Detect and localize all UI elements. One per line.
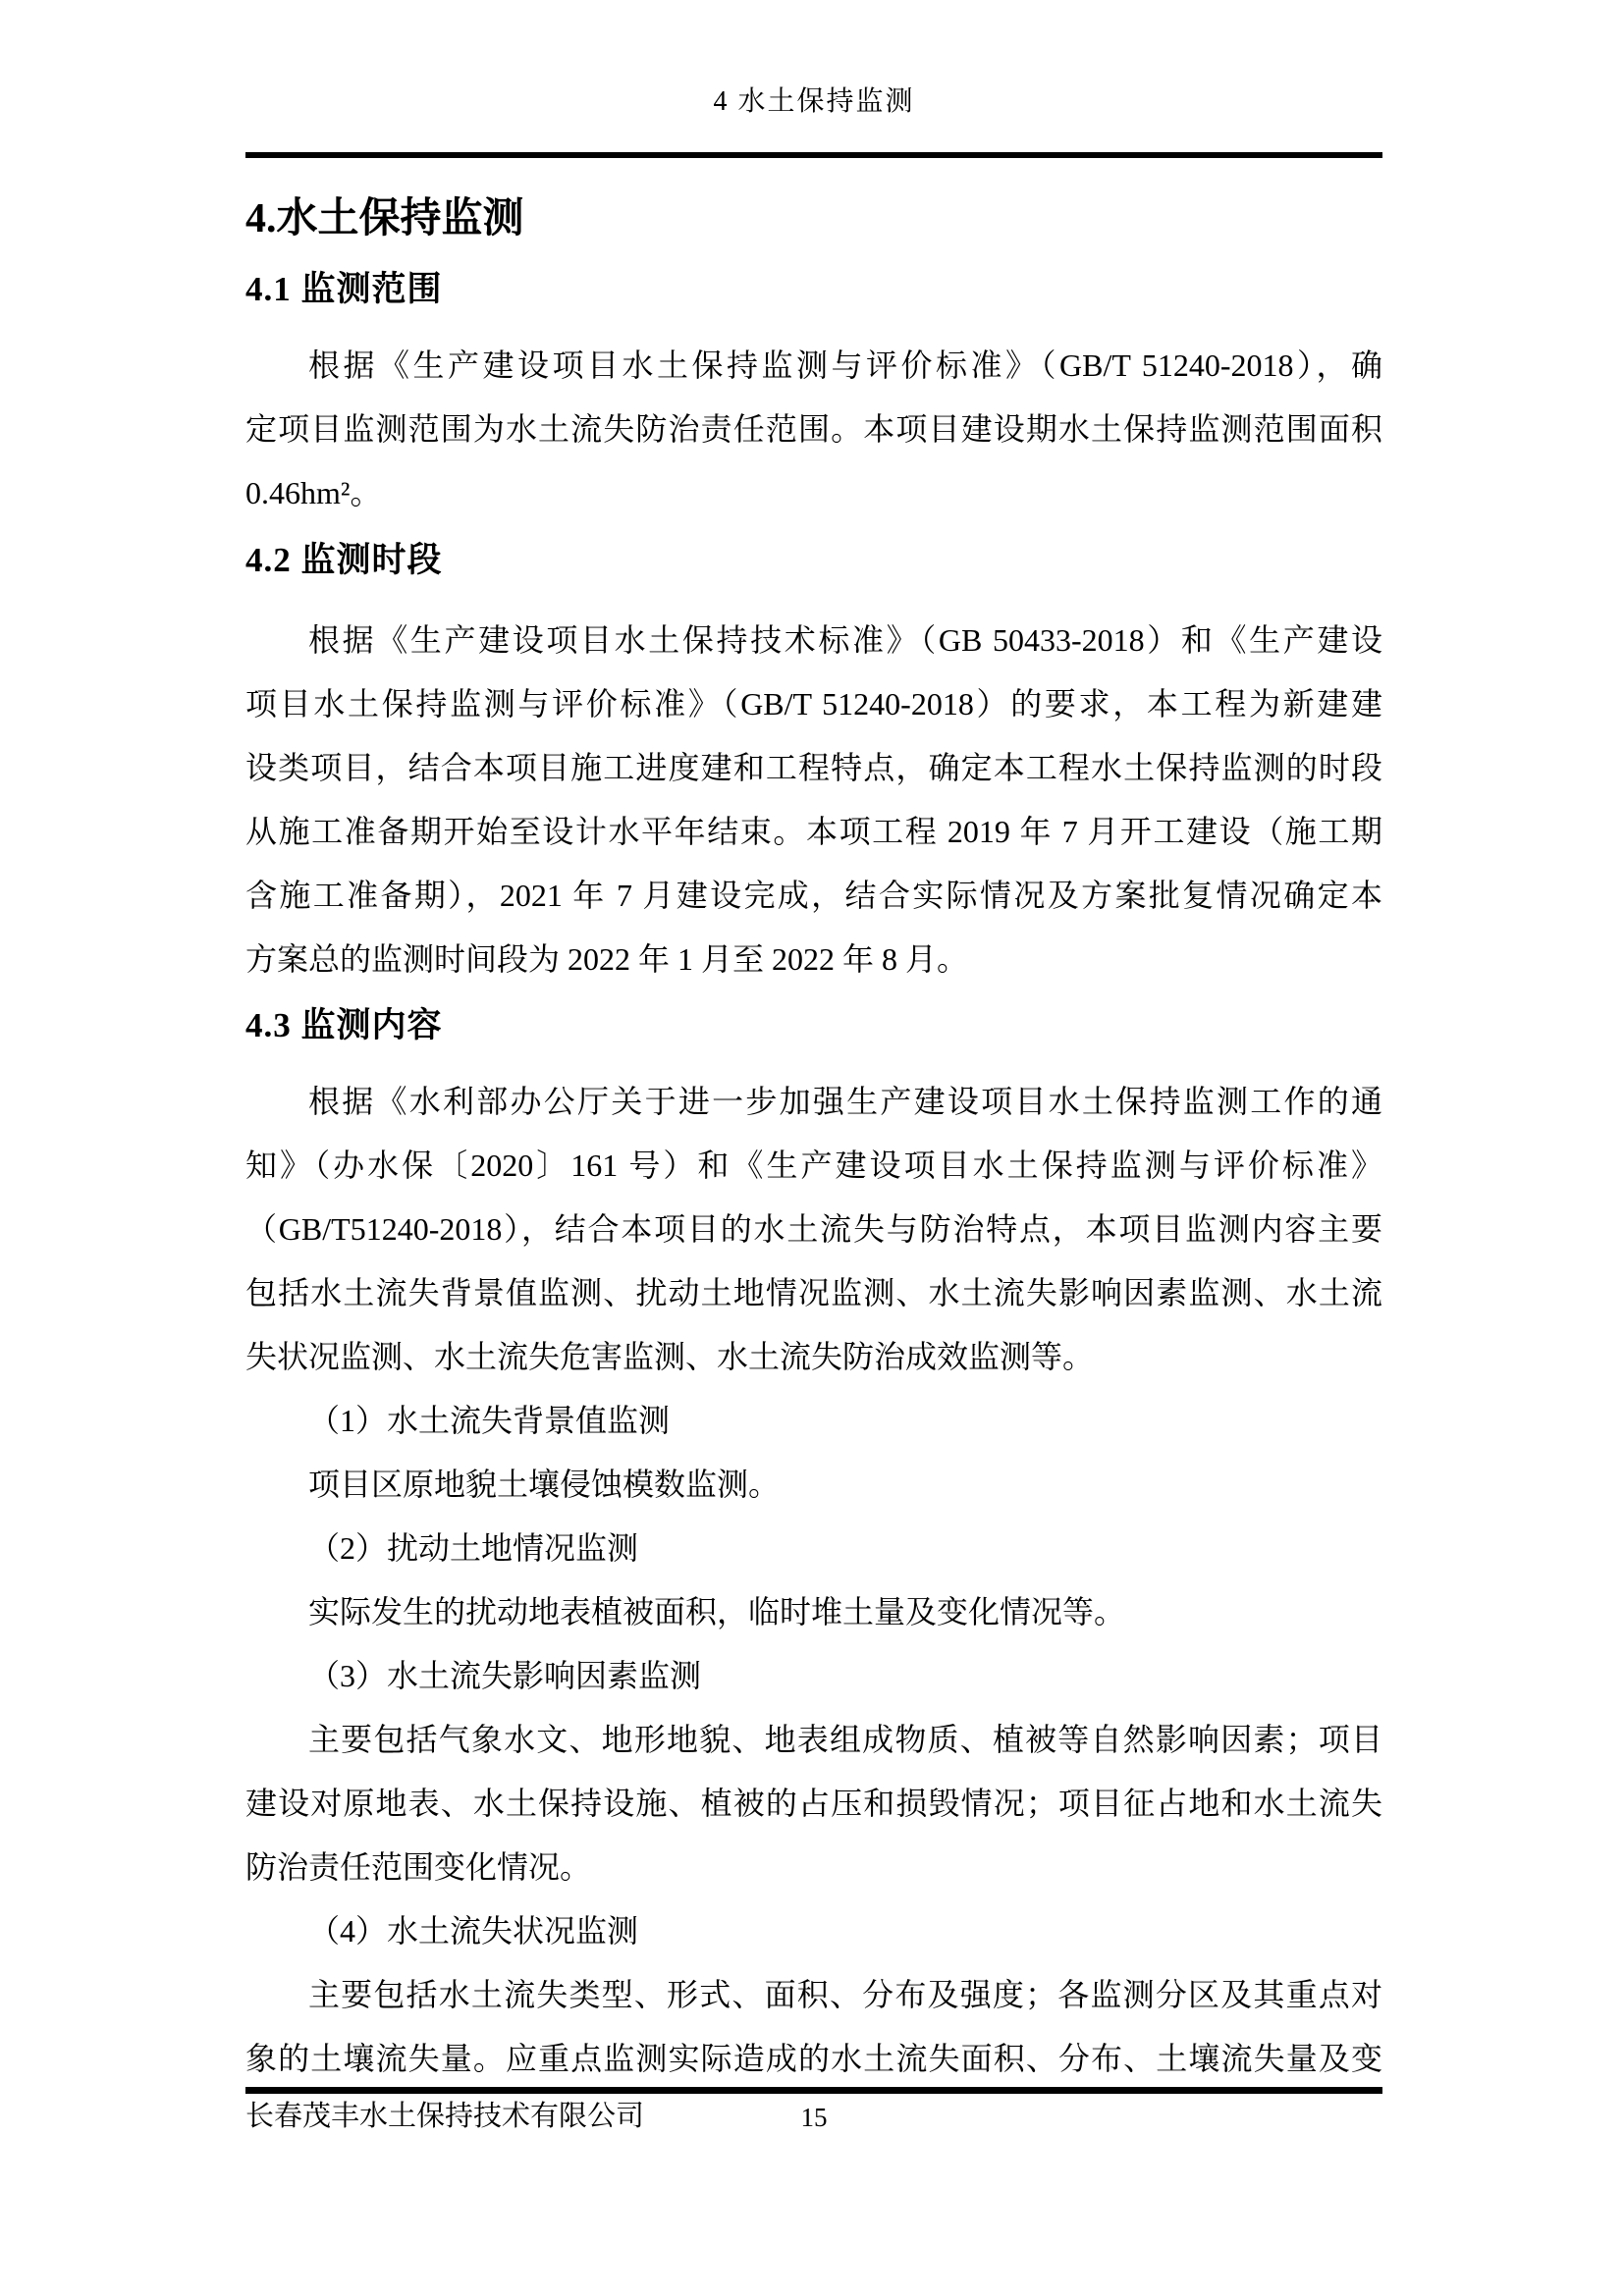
paragraph: 根据《生产建设项目水土保持监测与评价标准》（GB/T 51240-2018），确…	[245, 334, 1382, 525]
section-heading-4-3: 4.3 监测内容	[245, 1005, 1382, 1046]
paragraph-line: （GB/T51240-2018），结合本项目的水土流失与防治特点，本项目监测内容…	[245, 1198, 1382, 1261]
paragraph-line: 实际发生的扰动地表植被面积，临时堆土量及变化情况等。	[245, 1580, 1382, 1644]
paragraph-line: 建设对原地表、水土保持设施、植被的占压和损毁情况；项目征占地和水土流失	[245, 1772, 1382, 1836]
chapter-title: 4.水土保持监测	[245, 193, 1382, 244]
paragraph-line: 定项目监测范围为水土流失防治责任范围。本项目建设期水土保持监测范围面积	[245, 398, 1382, 461]
paragraph-line: 失状况监测、水土流失危害监测、水土流失防治成效监测等。	[245, 1325, 1382, 1389]
paragraph-line: 包括水土流失背景值监测、扰动土地情况监测、水土流失影响因素监测、水土流	[245, 1261, 1382, 1325]
paragraph-line: 0.46hm²。	[245, 461, 1382, 525]
paragraph: 根据《生产建设项目水土保持技术标准》（GB 50433-2018）和《生产建设 …	[245, 609, 1382, 991]
list-item: （1）水土流失背景值监测	[245, 1389, 1382, 1453]
paragraph-line: 方案总的监测时间段为 2022 年 1 月至 2022 年 8 月。	[245, 928, 1382, 991]
footer-rule	[245, 2087, 1382, 2094]
paragraph: 主要包括气象水文、地形地貌、地表组成物质、植被等自然影响因素；项目 建设对原地表…	[245, 1708, 1382, 1899]
running-header: 4 水土保持监测	[245, 82, 1382, 122]
paragraph-line: 含施工准备期），2021 年 7 月建设完成，结合实际情况及方案批复情况确定本	[245, 864, 1382, 928]
list-item-line: （4）水土流失状况监测	[245, 1899, 1382, 1963]
list-item: （3）水土流失影响因素监测	[245, 1644, 1382, 1708]
section-heading-4-1: 4.1 监测范围	[245, 269, 1382, 310]
paragraph-line: 设类项目，结合本项目施工进度建和工程特点，确定本工程水土保持监测的时段	[245, 736, 1382, 800]
paragraph: 项目区原地貌土壤侵蚀模数监测。	[245, 1453, 1382, 1517]
paragraph-line: 知》（办水保〔2020〕161 号）和《生产建设项目水土保持监测与评价标准》	[245, 1134, 1382, 1198]
running-header-title: 4 水土保持监测	[713, 86, 914, 117]
list-item-line: （3）水土流失影响因素监测	[245, 1644, 1382, 1708]
running-footer: 长春茂丰水土保持技术有限公司 15	[245, 2097, 1382, 2138]
paragraph-line: 防治责任范围变化情况。	[245, 1836, 1382, 1899]
paragraph: 实际发生的扰动地表植被面积，临时堆土量及变化情况等。	[245, 1580, 1382, 1644]
list-item: （2）扰动土地情况监测	[245, 1517, 1382, 1580]
paragraph-line: 主要包括气象水文、地形地貌、地表组成物质、植被等自然影响因素；项目	[245, 1708, 1382, 1772]
paragraph-line: 主要包括水土流失类型、形式、面积、分布及强度；各监测分区及其重点对	[245, 1963, 1382, 2027]
page-content: 4.水土保持监测 4.1 监测范围 根据《生产建设项目水土保持监测与评价标准》（…	[245, 158, 1382, 2091]
paragraph-line: 根据《水利部办公厅关于进一步加强生产建设项目水土保持监测工作的通	[245, 1070, 1382, 1134]
paragraph-line: 项目区原地貌土壤侵蚀模数监测。	[245, 1453, 1382, 1517]
list-item: （4）水土流失状况监测	[245, 1899, 1382, 1963]
paragraph-line: 根据《生产建设项目水土保持技术标准》（GB 50433-2018）和《生产建设	[245, 609, 1382, 672]
list-item-line: （2）扰动土地情况监测	[245, 1517, 1382, 1580]
paragraph-line: 根据《生产建设项目水土保持监测与评价标准》（GB/T 51240-2018），确	[245, 334, 1382, 398]
paragraph-line: 象的土壤流失量。应重点监测实际造成的水土流失面积、分布、土壤流失量及变	[245, 2027, 1382, 2091]
paragraph-line: 项目水土保持监测与评价标准》（GB/T 51240-2018）的要求，本工程为新…	[245, 672, 1382, 736]
footer-page-number: 15	[801, 2098, 828, 2137]
section-heading-4-2: 4.2 监测时段	[245, 540, 1382, 581]
paragraph: 根据《水利部办公厅关于进一步加强生产建设项目水土保持监测工作的通 知》（办水保〔…	[245, 1070, 1382, 1389]
footer-company-name: 长春茂丰水土保持技术有限公司	[245, 2097, 644, 2136]
paragraph: 主要包括水土流失类型、形式、面积、分布及强度；各监测分区及其重点对 象的土壤流失…	[245, 1963, 1382, 2091]
document-page: 4 水土保持监测 4.水土保持监测 4.1 监测范围 根据《生产建设项目水土保持…	[0, 0, 1624, 2296]
list-item-line: （1）水土流失背景值监测	[245, 1389, 1382, 1453]
paragraph-line: 从施工准备期开始至设计水平年结束。本项工程 2019 年 7 月开工建设（施工期	[245, 800, 1382, 864]
